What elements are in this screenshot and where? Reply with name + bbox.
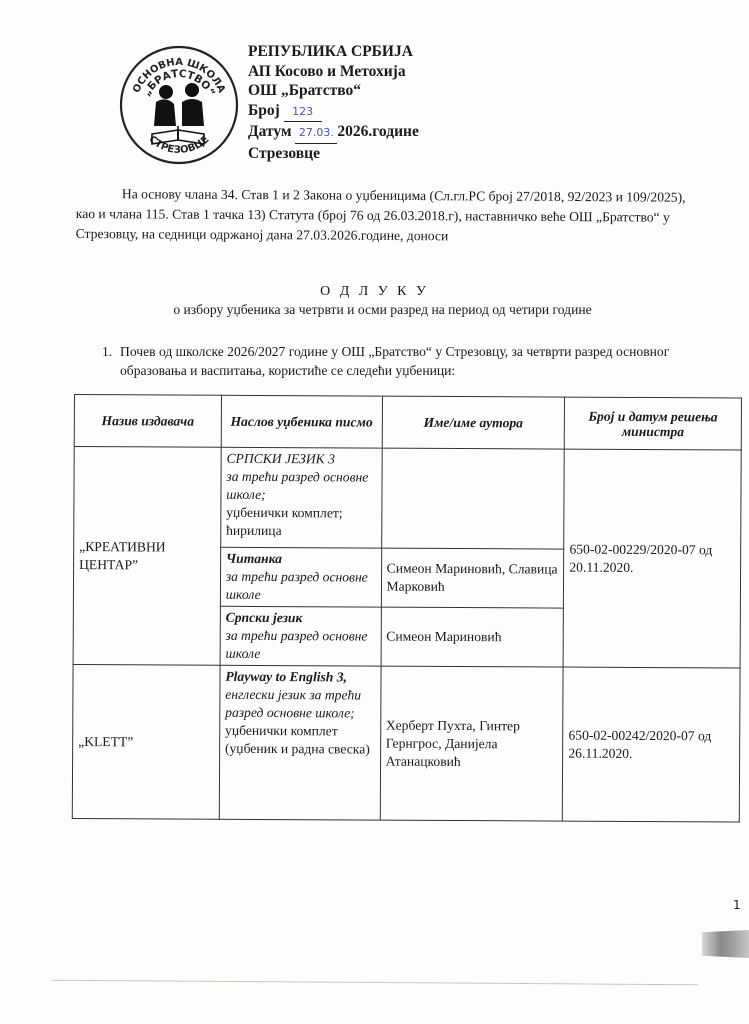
header-number: Број 123 bbox=[248, 101, 419, 123]
publisher-cell: „КРЕАТИВНИ ЦЕНТАР” bbox=[73, 447, 221, 666]
table-header-row: Назив издавача Наслов уџбеника писмо Име… bbox=[74, 395, 741, 450]
authors-cell: Симеон Мариновић, Славица Марковић bbox=[381, 548, 564, 608]
table-row: „KLETT” Playway to English 3, енглески ј… bbox=[72, 664, 740, 821]
publisher-cell: „KLETT” bbox=[72, 664, 220, 819]
book-title: Playway to English 3, bbox=[225, 668, 375, 687]
header-region: АП Косово и Метохија bbox=[248, 62, 419, 82]
book-extra: уџбенички комплет; ћирилица bbox=[226, 504, 376, 541]
school-seal-icon: ОСНОВНА ШКОЛА „БРАТСТВО“ СТРЕЗОВЦЕ bbox=[118, 44, 240, 166]
svg-text:СТРЕЗОВЦЕ: СТРЕЗОВЦЕ bbox=[147, 134, 212, 156]
header-publisher: Назив издавача bbox=[74, 395, 221, 448]
decision-cell: 650-02-00242/2020-07 од 26.11.2020. bbox=[563, 667, 741, 822]
book-desc: за трећи разред основне школе bbox=[225, 627, 375, 664]
table-row: „КРЕАТИВНИ ЦЕНТАР” СРПСКИ ЈЕЗИК 3 за тре… bbox=[74, 447, 742, 550]
authors-cell: Херберт Пухта, Гинтер Гернгрос, Данијела… bbox=[380, 666, 564, 821]
book-title: СРПСКИ ЈЕЗИК 3 bbox=[226, 450, 376, 469]
intro-paragraph: На основу члана 34. Став 1 и 2 Закона о … bbox=[76, 184, 706, 248]
authors-cell bbox=[381, 448, 564, 549]
header-place: Стрезовце bbox=[248, 144, 419, 164]
book-title: Читанка bbox=[226, 550, 376, 569]
decision-subtitle: о избору уџбеника за четрвти и осми разр… bbox=[8, 302, 749, 318]
header-authors: Име/име аутора bbox=[382, 396, 565, 449]
book-extra: уџбенички комплет (уџбеник и радна свеск… bbox=[225, 722, 375, 759]
date-value: 27.03. bbox=[295, 123, 337, 144]
date-label: Датум bbox=[248, 123, 292, 140]
title-cell: Читанка за трећи разред основне школе bbox=[220, 547, 381, 607]
page-number: 1 bbox=[733, 898, 741, 912]
book-title: Српски језик bbox=[226, 609, 376, 628]
item-number: 1. bbox=[102, 342, 112, 361]
header-date: Датум 27.03.2026.године bbox=[248, 122, 419, 144]
scan-artifact bbox=[702, 930, 749, 958]
book-desc: енглески језик за трећи разред основне ш… bbox=[225, 686, 375, 723]
authors-cell: Симеон Мариновић bbox=[381, 607, 564, 667]
date-suffix: 2026.године bbox=[337, 123, 418, 140]
textbook-table: Назив издавача Наслов уџбеника писмо Име… bbox=[72, 394, 742, 822]
header-decision: Број и датум решења министра bbox=[564, 397, 741, 450]
book-desc: за трећи разред основне школе; bbox=[226, 468, 376, 505]
item-1: 1. Почев од школске 2026/2027 године у О… bbox=[120, 342, 720, 380]
header-title: Наслов уџбеника писмо bbox=[221, 395, 382, 448]
intro-text: На основу члана 34. Став 1 и 2 Закона о … bbox=[76, 186, 686, 243]
item-text: Почев од школске 2026/2027 године у ОШ „… bbox=[120, 344, 669, 378]
footer-divider bbox=[52, 980, 698, 986]
book-desc: за трећи разред основне школе bbox=[226, 568, 376, 605]
school-seal: ОСНОВНА ШКОЛА „БРАТСТВО“ СТРЕЗОВЦЕ bbox=[118, 44, 240, 166]
title-cell: Српски језик за трећи разред основне шко… bbox=[220, 606, 381, 666]
header-country: РЕПУБЛИКА СРБИЈА bbox=[248, 42, 419, 62]
header-school: ОШ „Братство“ bbox=[248, 81, 419, 101]
decision-title: О Д Л У К У bbox=[0, 284, 749, 300]
number-value: 123 bbox=[284, 102, 322, 123]
title-cell: Playway to English 3, енглески језик за … bbox=[219, 665, 381, 820]
decision-cell: 650-02-00229/2020-07 од 20.11.2020. bbox=[563, 449, 741, 668]
document-header: РЕПУБЛИКА СРБИЈА АП Косово и Метохија ОШ… bbox=[248, 42, 419, 163]
title-cell: СРПСКИ ЈЕЗИК 3 за трећи разред основне ш… bbox=[221, 447, 382, 548]
number-label: Број bbox=[248, 102, 280, 119]
